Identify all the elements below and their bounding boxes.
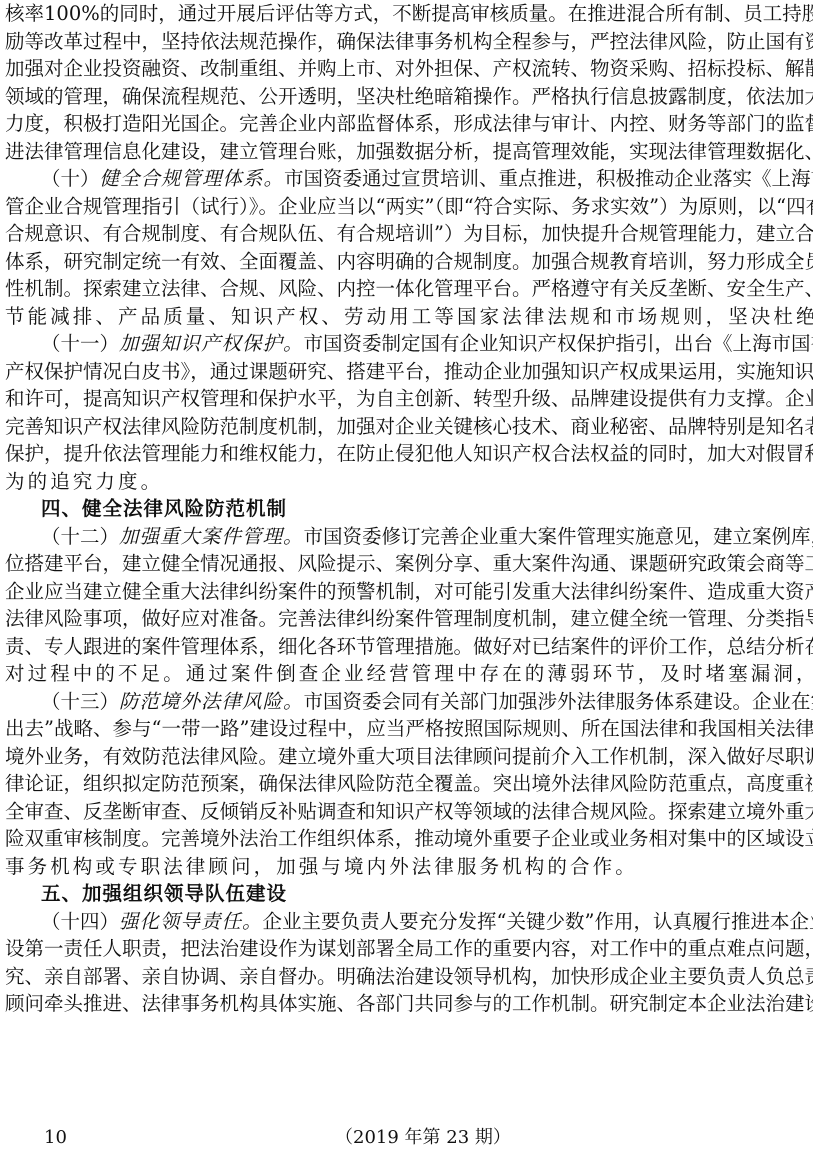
text-line: 对过程中的不足。通过案件倒查企业经营管理中存在的薄弱环节，及时堵塞漏洞，改进优化…: [5, 660, 813, 688]
text-line: 领域的管理，确保流程规范、公开透明，坚决杜绝暗箱操作。严格执行信息披露制度，依法…: [5, 83, 813, 111]
text-line: 进法律管理信息化建设，建立管理台账，加强数据分析，提高管理效能，实现法律管理数据…: [5, 138, 813, 166]
document-page: 核率100%的同时，通过开展后评估等方式，不断提高审核质量。在推进混合所有制、员…: [5, 0, 813, 1018]
text-line: 加强对企业投资融资、改制重组、并购上市、对外担保、产权流转、物资采购、招标投标、…: [5, 55, 813, 83]
text-line: 力度，积极打造阳光国企。完善企业内部监督体系，形成法律与审计、内控、财务等部门的…: [5, 110, 813, 138]
section-number: （十三）: [41, 690, 119, 713]
text-line: 保护，提升依法管理能力和维权能力，在防止侵犯他人知识产权合法权益的同时，加大对假…: [5, 440, 813, 468]
section-title: 强化领导责任。: [119, 910, 263, 933]
heading-section-4: 四、健全法律风险防范机制: [5, 495, 813, 523]
text-line: 律论证，组织拟定防范预案，确保法律风险防范全覆盖。突出境外法律风险防范重点，高度…: [5, 770, 813, 798]
text-line: 产权保护情况白皮书》，通过课题研究、搭建平台，推动企业加强知识产权成果运用，实施…: [5, 358, 813, 386]
section-number: （十）: [41, 167, 100, 190]
text-line: 合规意识、有合规制度、有合规队伍、有合规培训”）为目标，加快提升合规管理能力，建…: [5, 220, 813, 248]
text-line: 设第一责任人职责，把法治建设作为谋划部署全局工作的重要内容，对工作中的重点难点问…: [5, 935, 813, 963]
section-11-ip-protection: （十一）加强知识产权保护。市国资委制定国有企业知识产权保护指引，出台《上海市国有…: [5, 330, 813, 495]
heading-section-5: 五、加强组织领导队伍建设: [5, 880, 813, 908]
text-line: 究、亲自部署、亲自协调、亲自督办。明确法治建设领导机构，加快形成企业主要负责人负…: [5, 963, 813, 991]
text-line: 法律风险事项，做好应对准备。完善法律纠纷案件管理制度机制，建立健全统一管理、分类…: [5, 605, 813, 633]
text-line: 责、专人跟进的案件管理体系，细化各环节管理措施。做好对已结案件的评价工作，总结分…: [5, 633, 813, 661]
text-line: 和许可，提高知识产权管理和保护水平，为自主创新、转型升级、品牌建设提供有力支撑。…: [5, 385, 813, 413]
page-number: 10: [44, 1126, 67, 1150]
section-first-line: （十四）强化领导责任。企业主要负责人要充分发挥“关键少数”作用，认真履行推进本企…: [5, 908, 813, 936]
section-text: 企业主要负责人要充分发挥“关键少数”作用，认真履行推进本企业法治建: [263, 910, 813, 933]
section-number: （十四）: [41, 910, 119, 933]
text-line: 险双重审核制度。完善境外法治工作组织体系，推动境外重要子企业或业务相对集中的区域…: [5, 825, 813, 853]
paragraph-continued: 核率100%的同时，通过开展后评估等方式，不断提高审核质量。在推进混合所有制、员…: [5, 0, 813, 165]
section-title: 防范境外法律风险。: [119, 690, 304, 713]
section-14-leadership: （十四）强化领导责任。企业主要负责人要充分发挥“关键少数”作用，认真履行推进本企…: [5, 908, 813, 1018]
section-first-line: （十三）防范境外法律风险。市国资委会同有关部门加强涉外法律服务体系建设。企业在实…: [5, 688, 813, 716]
text-line: 全审查、反垄断审查、反倾销反补贴调查和知识产权等领域的法律合规风险。探索建立境外…: [5, 798, 813, 826]
section-10-compliance: （十）健全合规管理体系。市国资委通过宣贯培训、重点推进，积极推动企业落实《上海市…: [5, 165, 813, 330]
section-first-line: （十二）加强重大案件管理。市国资委修订完善企业重大案件管理实施意见，建立案例库，…: [5, 523, 813, 551]
section-text: 市国资委通过宣贯培训、重点推进，积极推动企业落实《上海市国资委监: [284, 167, 813, 190]
text-line: 励等改革过程中，坚持依法规范操作，确保法律事务机构全程参与，严控法律风险，防止国…: [5, 28, 813, 56]
text-line: 顾问牵头推进、法律事务机构具体实施、各部门共同参与的工作机制。研究制定本企业法治…: [5, 990, 813, 1018]
text-line: 企业应当建立健全重大法律纠纷案件的预警机制，对可能引发重大法律纠纷案件、造成重大…: [5, 578, 813, 606]
issue-label: （2019 年第 23 期）: [335, 1126, 511, 1150]
section-text: 市国资委会同有关部门加强涉外法律服务体系建设。企业在实施“走: [304, 690, 813, 713]
section-title: 健全合规管理体系。: [100, 167, 285, 190]
text-line: 为的追究力度。: [5, 468, 813, 496]
section-text: 市国资委制定国有企业知识产权保护指引，出台《上海市国有企业知识: [304, 332, 813, 355]
section-13-overseas-risk: （十三）防范境外法律风险。市国资委会同有关部门加强涉外法律服务体系建设。企业在实…: [5, 688, 813, 881]
text-line: 核率100%的同时，通过开展后评估等方式，不断提高审核质量。在推进混合所有制、员…: [5, 0, 813, 28]
text-line: 境外业务，有效防范法律风险。建立境外重大项目法律顾问提前介入工作机制，深入做好尽…: [5, 743, 813, 771]
section-title: 加强知识产权保护。: [119, 332, 304, 355]
section-title: 加强重大案件管理。: [119, 525, 304, 548]
text-line: 体系，研究制定统一有效、全面覆盖、内容明确的合规制度。加强合规教育培训，努力形成…: [5, 248, 813, 276]
section-first-line: （十）健全合规管理体系。市国资委通过宣贯培训、重点推进，积极推动企业落实《上海市…: [5, 165, 813, 193]
section-text: 市国资委修订完善企业重大案件管理实施意见，建立案例库，与有关单: [304, 525, 813, 548]
text-line: 性机制。探索建立法律、合规、风险、内控一体化管理平台。严格遵守有关反垄断、安全生…: [5, 275, 813, 303]
section-number: （十一）: [41, 332, 119, 355]
section-number: （十二）: [41, 525, 119, 548]
section-12-major-cases: （十二）加强重大案件管理。市国资委修订完善企业重大案件管理实施意见，建立案例库，…: [5, 523, 813, 688]
text-line: 位搭建平台，建立健全情况通报、风险提示、案例分享、重大案件沟通、课题研究政策会商…: [5, 550, 813, 578]
text-line: 完善知识产权法律风险防范制度机制，加强对企业关键核心技术、商业秘密、品牌特别是知…: [5, 413, 813, 441]
text-line: 出去”战略、参与“一带一路”建设过程中，应当严格按照国际规则、所在国法律和我国相…: [5, 715, 813, 743]
text-line: 节能减排、产品质量、知识产权、劳动用工等国家法律法规和市场规则，坚决杜绝违法违规…: [5, 303, 813, 331]
text-line: 事务机构或专职法律顾问，加强与境内外法律服务机构的合作。: [5, 853, 813, 881]
section-first-line: （十一）加强知识产权保护。市国资委制定国有企业知识产权保护指引，出台《上海市国有…: [5, 330, 813, 358]
text-line: 管企业合规管理指引（试行）》。企业应当以“两实”（即“符合实际、务求实效”）为原…: [5, 193, 813, 221]
